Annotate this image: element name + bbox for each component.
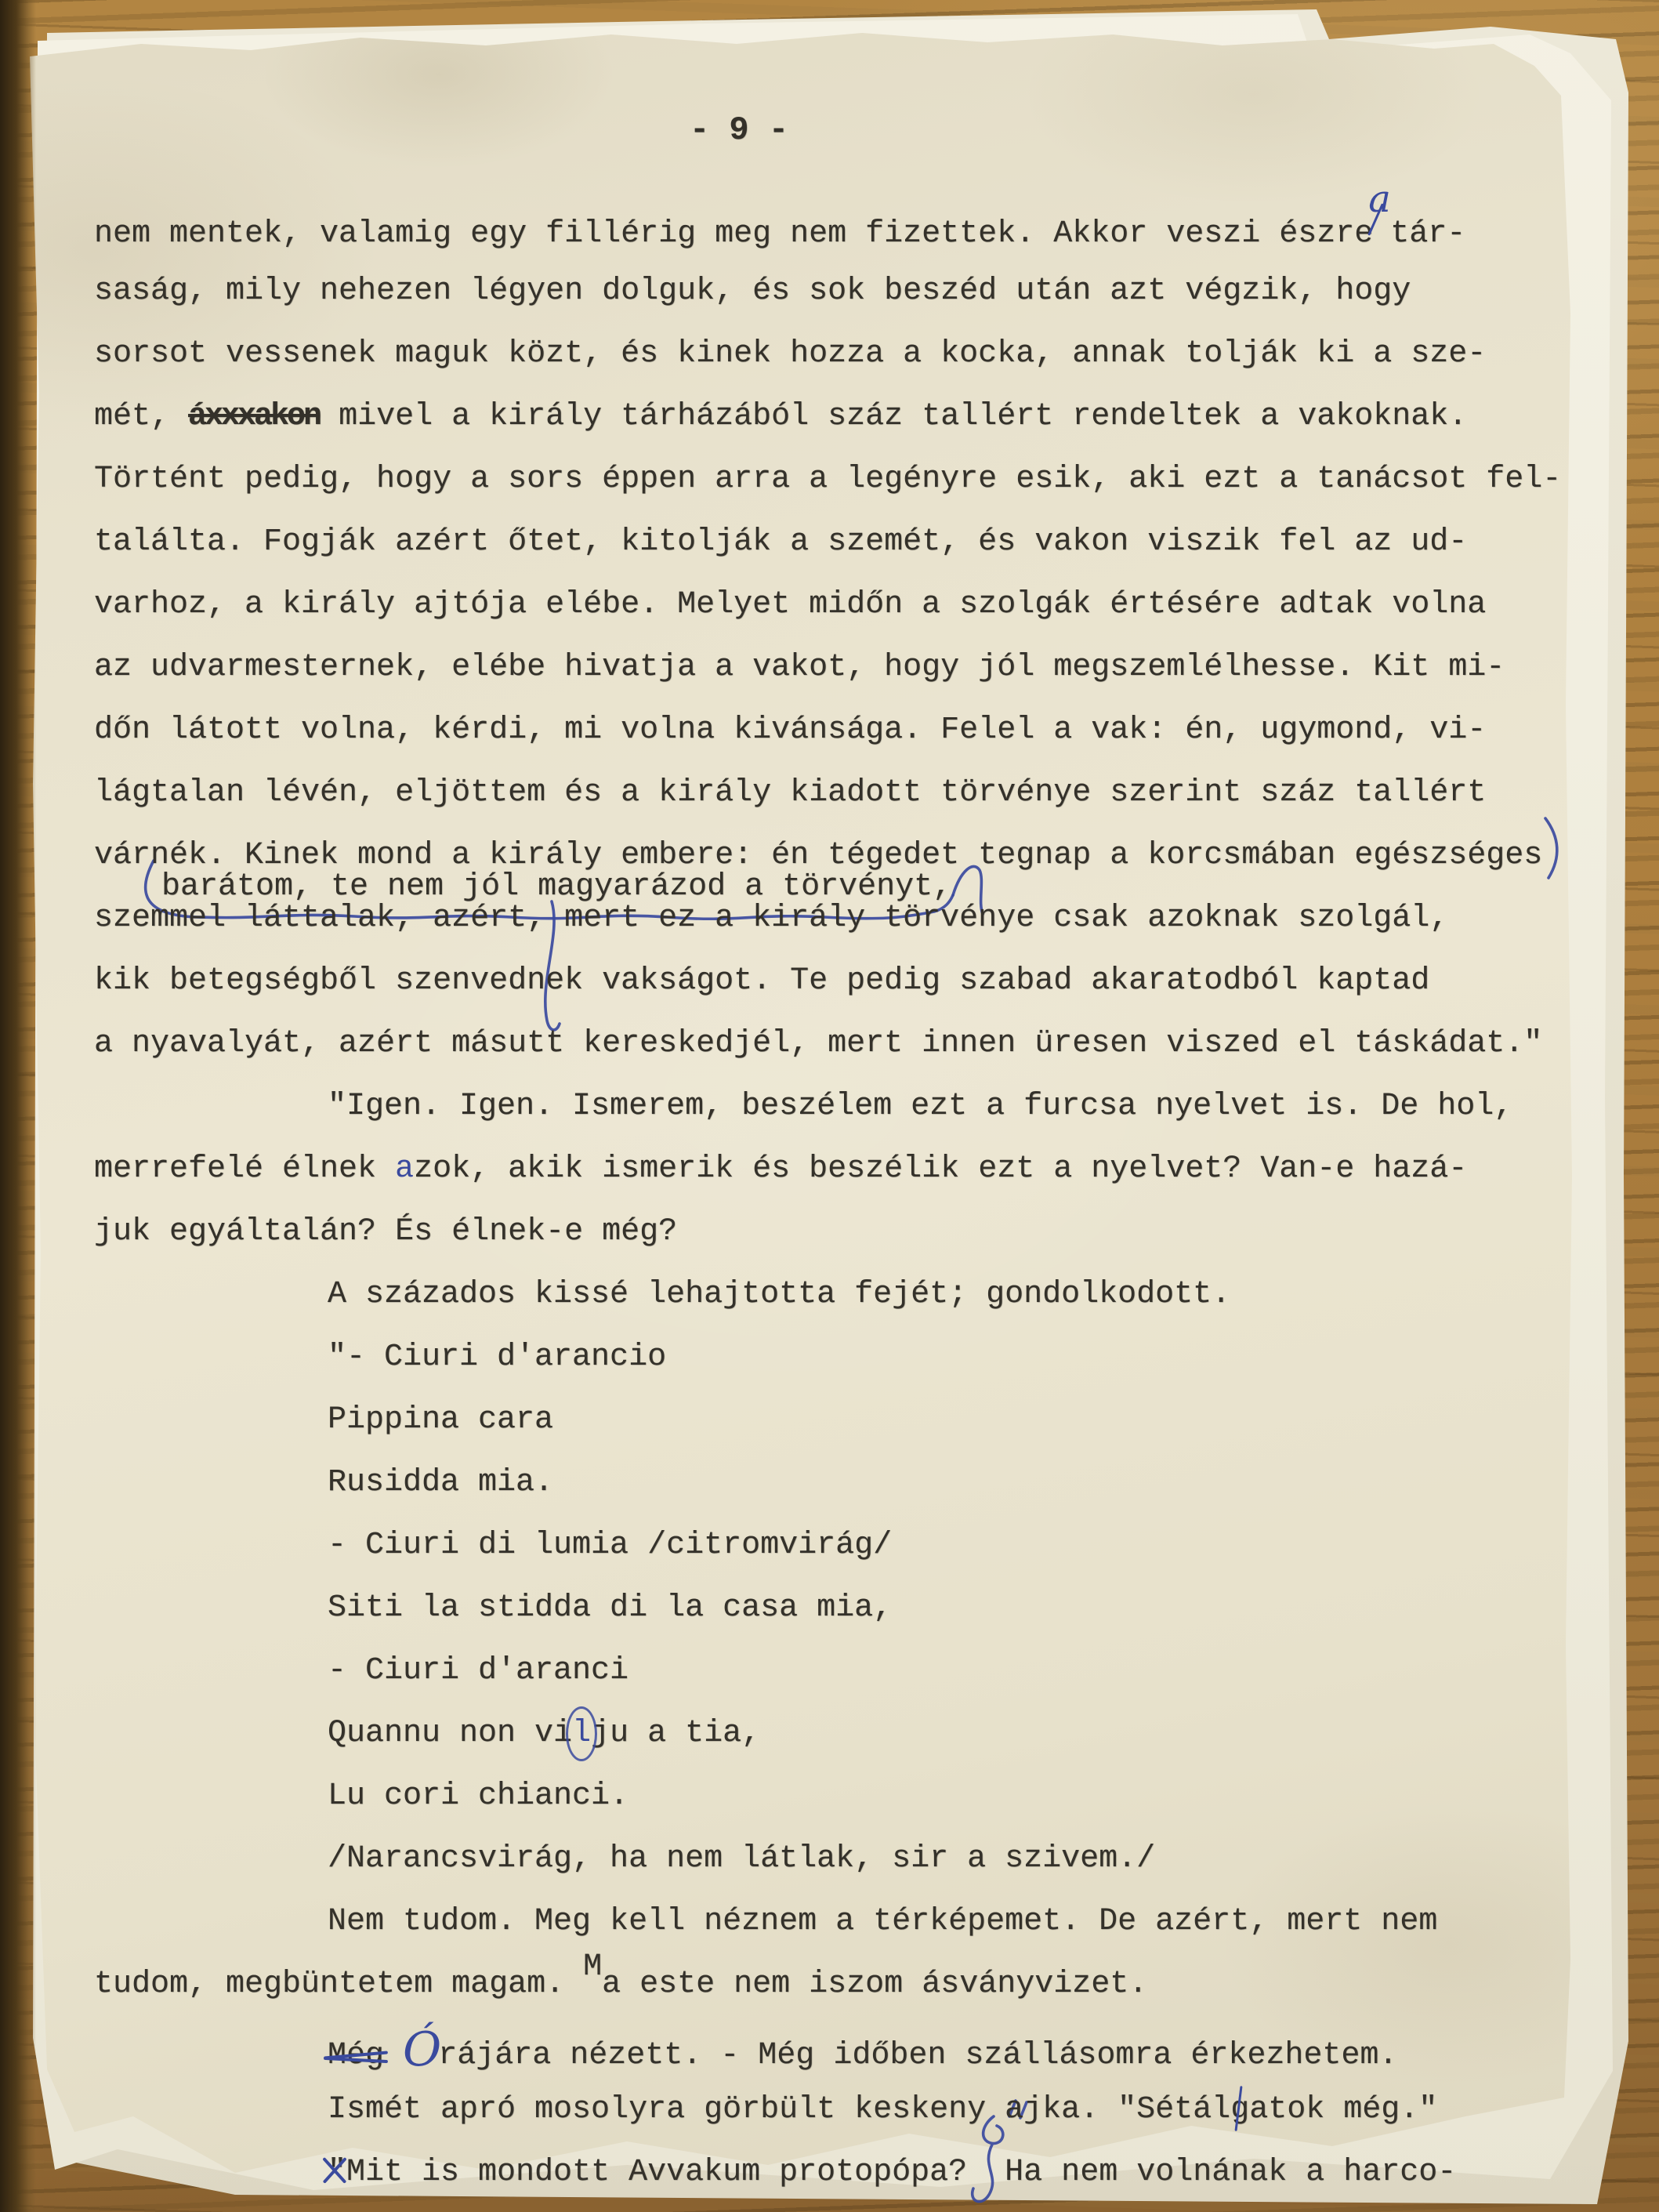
- page-number: - 9 -: [690, 111, 788, 149]
- typed-text: [384, 2038, 403, 2073]
- document-line: Nem tudom. Meg kell néznem a térképemet.…: [328, 1891, 1599, 1953]
- typed-text: Siti la stidda di la casa mia,: [328, 1590, 892, 1626]
- typed-text: mét,: [94, 399, 188, 434]
- document-line: Pippina cara: [328, 1389, 1599, 1452]
- document-line: "Mit is mondott Avvakum protopópa? Ha ne…: [328, 2141, 1599, 2204]
- typed-text: a este nem iszom ásványvizet.: [602, 1967, 1147, 2002]
- document-line: A százados kissé lehajtotta fejét; gondo…: [328, 1264, 1599, 1326]
- pen-struck-word: Még: [328, 2038, 384, 2073]
- typed-text: Nem tudom. Meg kell néznem a térképemet.…: [328, 1904, 1437, 1939]
- typed-text: dőn látott volna, kérdi, mi volna kiváns…: [94, 713, 1486, 748]
- document-line: Rusidda mia.: [328, 1452, 1599, 1514]
- document-line: saság, mily nehezen légyen dolguk, és so…: [94, 260, 1599, 323]
- typed-text: zok, akik ismerik és beszélik ezt a nyel…: [414, 1151, 1467, 1187]
- pen-inserted-letter: a: [1368, 168, 1386, 230]
- document-line: a nyavalyát, azért másutt kereskedjél, m…: [94, 1013, 1599, 1075]
- struck-out-word: áxxxakon: [188, 399, 320, 434]
- typed-text: Mit is mondott Avvakum protopópa?: [346, 2155, 967, 2190]
- typed-text: szemmel láttalak, azért, mert ez a királ…: [94, 901, 1448, 936]
- typed-text: lágtalan lévén, eljöttem és a király kia…: [94, 775, 1486, 810]
- document-line: Történt pedig, hogy a sors éppen arra a …: [94, 448, 1599, 511]
- typed-text: /Narancsvirág, ha nem látlak, sir a sziv…: [328, 1841, 1155, 1877]
- document-line: merrefelé élnek azok, akik ismerik és be…: [94, 1138, 1599, 1201]
- typed-text: atok még.": [1249, 2092, 1437, 2127]
- typed-text: sorsot vessenek maguk közt, és kinek hoz…: [94, 336, 1486, 372]
- typed-text: találta. Fogják azért őtet, kitolják a s…: [94, 524, 1467, 560]
- document-line: kik betegségből szenvednek vakságot. Te …: [94, 950, 1599, 1013]
- typed-text: tudom, megbüntetem magam.: [94, 1967, 583, 2002]
- pen-marked-letter: g: [1230, 2092, 1249, 2127]
- typed-text: [967, 2155, 1005, 2190]
- document-line: "- Ciuri d'arancio: [328, 1326, 1599, 1389]
- typed-text: saság, mily nehezen légyen dolguk, és so…: [94, 274, 1411, 309]
- typed-text: merrefelé élnek: [94, 1151, 395, 1187]
- pen-capital-correction: Ó: [403, 2022, 441, 2077]
- typed-text: varhoz, a király ajtója elébe. Melyet mi…: [94, 587, 1486, 622]
- typed-text: Pippina cara: [328, 1402, 553, 1438]
- typed-text: nem mentek, valamig egy fillérig meg nem…: [94, 216, 1373, 252]
- pen-circled-letter: l: [572, 1716, 591, 1751]
- typed-text: kik betegségből szenvednek vakságot. Te …: [94, 963, 1429, 999]
- document-line: dőn látott volna, kérdi, mi volna kiváns…: [94, 699, 1599, 762]
- document-line: sorsot vessenek maguk közt, és kinek hoz…: [94, 323, 1599, 386]
- document-line: az udvarmesternek, elébe hivatja a vakot…: [94, 636, 1599, 699]
- raised-typed-letter: M: [583, 1949, 602, 1985]
- document-line: varhoz, a király ajtója elébe. Melyet mi…: [94, 574, 1599, 636]
- typed-text: "- Ciuri d'arancio: [328, 1340, 666, 1375]
- typed-text: tár-: [1390, 216, 1465, 252]
- pen-crossed-quote: ": [328, 2155, 346, 2190]
- typed-text: Rusidda mia.: [328, 1465, 553, 1500]
- typed-text: Ha nem volnának a harco-: [1005, 2155, 1456, 2190]
- document-line: /Narancsvirág, ha nem látlak, sir a sziv…: [328, 1828, 1599, 1891]
- document-line: nem mentek, valamig egy fillérig meg nem…: [94, 198, 1599, 260]
- typed-text: rájára nézett. - Még időben szállásomra …: [438, 2038, 1397, 2073]
- typed-text: a nyavalyát, azért másutt kereskedjél, m…: [94, 1026, 1542, 1061]
- document-line: "Igen. Igen. Ismerem, beszélem ezt a fur…: [328, 1075, 1599, 1138]
- document-line: - Ciuri di lumia /citromvirág/: [328, 1514, 1599, 1577]
- page-edge-shadow: [0, 0, 36, 2212]
- typed-text: - Ciuri di lumia /citromvirág/: [328, 1528, 892, 1563]
- document-line: Lu cori chianci.: [328, 1765, 1599, 1828]
- typed-text: Lu cori chianci.: [328, 1779, 628, 1814]
- typed-text: mivel a király tárházából száz tallért r…: [320, 399, 1467, 434]
- document-line: tudom, megbüntetem magam. Ma este nem is…: [94, 1953, 1599, 2016]
- pen-corrected-letter: a: [395, 1151, 414, 1187]
- typed-text: ju a tia,: [591, 1716, 760, 1751]
- typed-text: Történt pedig, hogy a sors éppen arra a …: [94, 462, 1561, 497]
- typed-text: barátom, te nem jól magyarázod a törvény…: [161, 869, 951, 905]
- document-line: Még Órájára nézett. - Még időben szállás…: [328, 2016, 1599, 2079]
- document-line: lágtalan lévén, eljöttem és a király kia…: [94, 762, 1599, 825]
- typed-text: Ismét apró mosolyra görbült keskeny ajka…: [328, 2092, 1230, 2127]
- document-line: mét, áxxxakon mivel a király tárházából …: [94, 386, 1599, 448]
- document-line: Quannu non vilju a tia,: [328, 1703, 1599, 1765]
- document-line: Ismét apró mosolyra görbült keskeny ajka…: [328, 2079, 1599, 2141]
- typed-text: "Igen. Igen. Ismerem, beszélem ezt a fur…: [328, 1089, 1512, 1124]
- typed-text: az udvarmesternek, elébe hivatja a vakot…: [94, 650, 1505, 685]
- document-line: találta. Fogják azért őtet, kitolják a s…: [94, 511, 1599, 574]
- typed-text: - Ciuri d'aranci: [328, 1653, 628, 1688]
- document-line: Siti la stidda di la casa mia,: [328, 1577, 1599, 1640]
- document-line: juk egyáltalán? És élnek-e még?: [94, 1201, 1599, 1264]
- typed-text: juk egyáltalán? És élnek-e még?: [94, 1214, 677, 1249]
- document-line: - Ciuri d'aranci: [328, 1640, 1599, 1703]
- typed-lines: nem mentek, valamig egy fillérig meg nem…: [94, 198, 1599, 2204]
- typed-text: A százados kissé lehajtotta fejét; gondo…: [328, 1277, 1230, 1312]
- typed-text: Quannu non vi: [328, 1716, 572, 1751]
